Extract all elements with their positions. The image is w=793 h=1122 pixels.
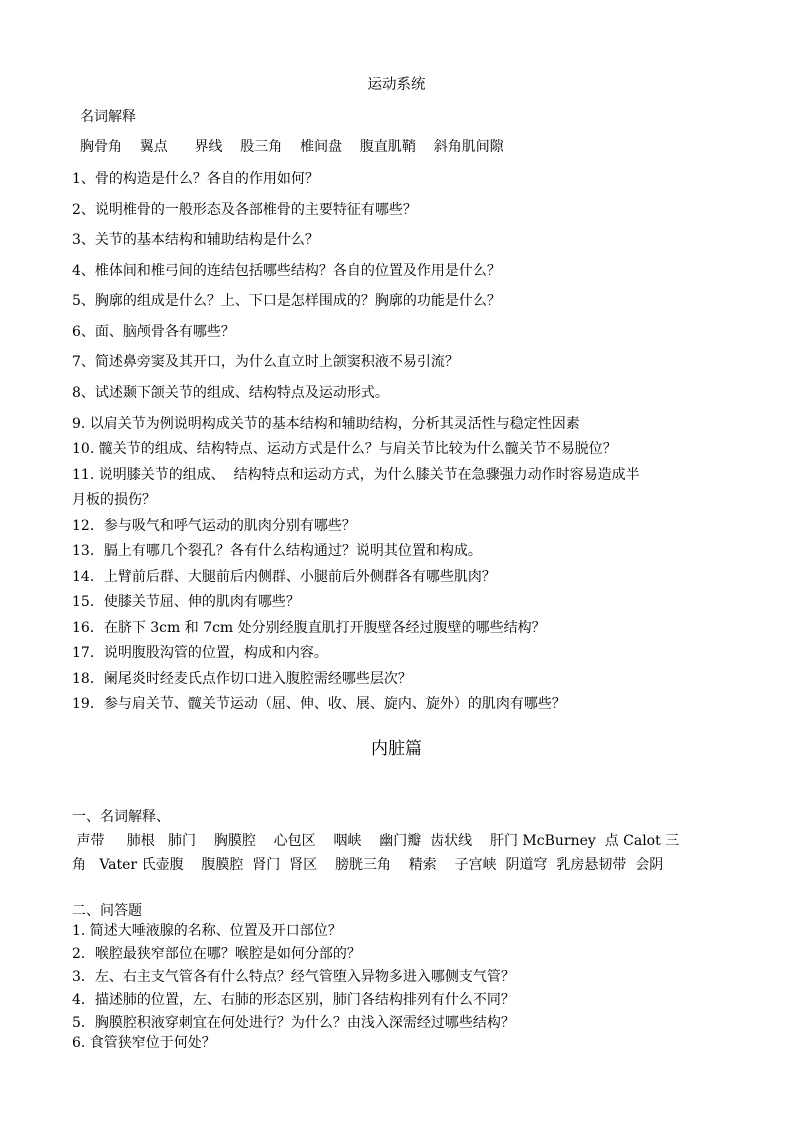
question-item: 15．使膝关节屈、伸的肌肉有哪些？: [72, 593, 300, 611]
glossary-terms: 胸骨角 翼点 界线 股三角 椎间盘 腹直肌鞘 斜角肌间隙: [80, 138, 504, 156]
viscera-glossary-heading: 一、名词解释、: [72, 808, 170, 826]
viscera-glossary-terms-line: 角 Vater 氏壶腹 腹膜腔 肾门 肾区 膀胱三角 精索 子宫峡 阴道穹 乳房…: [72, 856, 663, 874]
question-item: 2．喉腔最狭窄部位在哪？喉腔是如何分部的？: [72, 945, 361, 963]
question-item: 12．参与吸气和呼气运动的肌肉分别有哪些？: [72, 517, 356, 535]
question-item: 6. 食管狭窄位于何处？: [72, 1034, 216, 1052]
question-item: 10. 髋关节的组成、结构特点、运动方式是什么？与肩关节比较为什么髋关节不易脱位…: [72, 440, 617, 458]
question-item: 11. 说明膝关节的组成、 结构特点和运动方式，为什么膝关节在急骤强力动作时容易…: [72, 466, 640, 484]
question-item: 17．说明腹股沟管的位置，构成和内容。: [72, 644, 328, 662]
question-item: 8、试述颞下颌关节的组成、结构特点及运动形式。: [72, 384, 389, 402]
glossary-heading: 名词解释: [80, 108, 136, 126]
question-item: 5．胸膜腔积液穿刺宜在何处进行？为什么？由浅入深需经过哪些结构？: [72, 1014, 515, 1032]
question-item: 4．描述肺的位置，左、右肺的形态区别，肺门各结构排列有什么不同？: [72, 991, 515, 1009]
question-item: 1. 简述大唾液腺的名称、位置及开口部位？: [72, 922, 342, 940]
question-item: 14．上臂前后群、大腿前后内侧群、小腿前后外侧群各有哪些肌肉？: [72, 568, 496, 586]
question-item: 5、胸廓的组成是什么？上、下口是怎样围成的？胸廓的功能是什么？: [72, 292, 501, 310]
question-item: 13．膈上有哪几个裂孔？各有什么结构通过？说明其位置和构成。: [72, 542, 482, 560]
section-title-locomotor: 运动系统: [0, 76, 793, 94]
question-item-continuation: 月板的损伤？: [72, 491, 156, 509]
question-item: 18．阑尾炎时经麦氏点作切口进入腹腔需经哪些层次？: [72, 670, 412, 688]
viscera-glossary-terms-line: 声带 肺根 肺门 胸膜腔 心包区 咽峡 幽门瓣 齿状线 肝门 McBurney …: [72, 832, 679, 850]
section-title-viscera: 内脏篇: [0, 740, 793, 758]
question-item: 19．参与肩关节、髋关节运动（屈、伸、收、展、旋内、旋外）的肌肉有哪些？: [72, 695, 566, 713]
question-item: 2、说明椎骨的一般形态及各部椎骨的主要特征有哪些？: [72, 201, 417, 219]
question-item: 7、简述鼻旁窦及其开口，为什么直立时上颌窦积液不易引流？: [72, 353, 459, 371]
question-item: 3、关节的基本结构和辅助结构是什么？: [72, 231, 319, 249]
qa-heading: 二、问答题: [72, 902, 142, 920]
question-item: 9. 以肩关节为例说明构成关节的基本结构和辅助结构，分析其灵活性与稳定性因素: [72, 415, 580, 433]
question-item: 4、椎体间和椎弓间的连结包括哪些结构？各自的位置及作用是什么？: [72, 262, 501, 280]
question-item: 6、面、脑颅骨各有哪些？: [72, 323, 235, 341]
question-item: 1、骨的构造是什么？各自的作用如何？: [72, 170, 319, 188]
question-item: 3．左、右主支气管各有什么特点？经气管堕入异物多进入哪侧支气管？: [72, 968, 515, 986]
question-item: 16．在脐下 3cm 和 7cm 处分别经腹直肌打开腹壁各经过腹壁的哪些结构？: [72, 619, 546, 637]
